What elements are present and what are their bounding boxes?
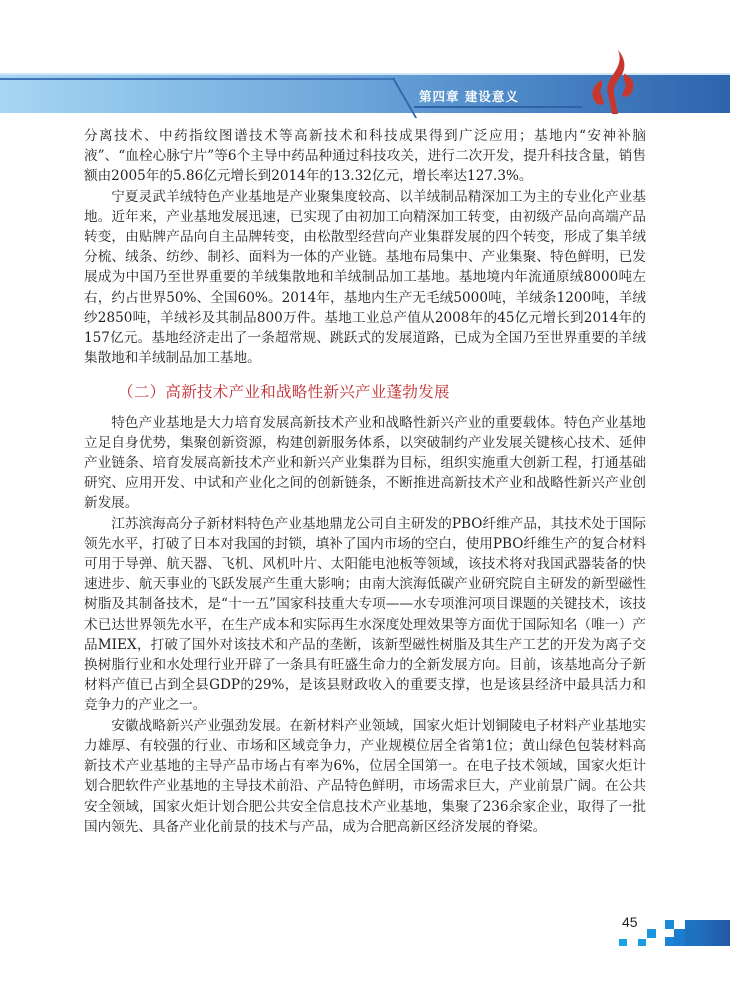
decor-square bbox=[685, 929, 694, 946]
torch-logo-icon bbox=[588, 50, 638, 116]
decor-square bbox=[638, 939, 646, 946]
chapter-title: 第四章 建设意义 bbox=[419, 87, 519, 105]
decor-square bbox=[685, 920, 694, 929]
page-content: 分离技术、中药指纹图谱技术等高新技术和科技成果得到广泛应用；基地内“安神补脑液”… bbox=[84, 126, 646, 837]
decor-square bbox=[674, 929, 685, 946]
decor-square bbox=[647, 929, 656, 938]
footer-bar bbox=[694, 920, 730, 946]
section-heading: （二）高新技术产业和战略性新兴产业蓬勃发展 bbox=[118, 382, 646, 402]
decor-square bbox=[619, 939, 627, 946]
page-number: 45 bbox=[622, 914, 638, 930]
body-paragraph: 安徽战略新兴产业强劲发展。在新材料产业领域，国家火炬计划铜陵电子材料产业基地实力… bbox=[84, 716, 646, 837]
body-paragraph: 宁夏灵武羊绒特色产业基地是产业聚集度较高、以羊绒制品精深加工为主的专业化产业基地… bbox=[84, 187, 646, 369]
decor-square bbox=[665, 937, 674, 946]
body-paragraph: 江苏滨海高分子新材料特色产业基地鼎龙公司自主研发的PBO纤维产品，其技术处于国际… bbox=[84, 514, 646, 716]
body-paragraph: 分离技术、中药指纹图谱技术等高新技术和科技成果得到广泛应用；基地内“安神补脑液”… bbox=[84, 126, 646, 187]
header-top-rule bbox=[0, 78, 395, 80]
decor-square bbox=[665, 920, 674, 929]
body-paragraph: 特色产业基地是大力培育发展高新技术产业和战略性新兴产业的重要载体。特色产业基地立… bbox=[84, 413, 646, 514]
header-underline-rule bbox=[414, 106, 582, 108]
